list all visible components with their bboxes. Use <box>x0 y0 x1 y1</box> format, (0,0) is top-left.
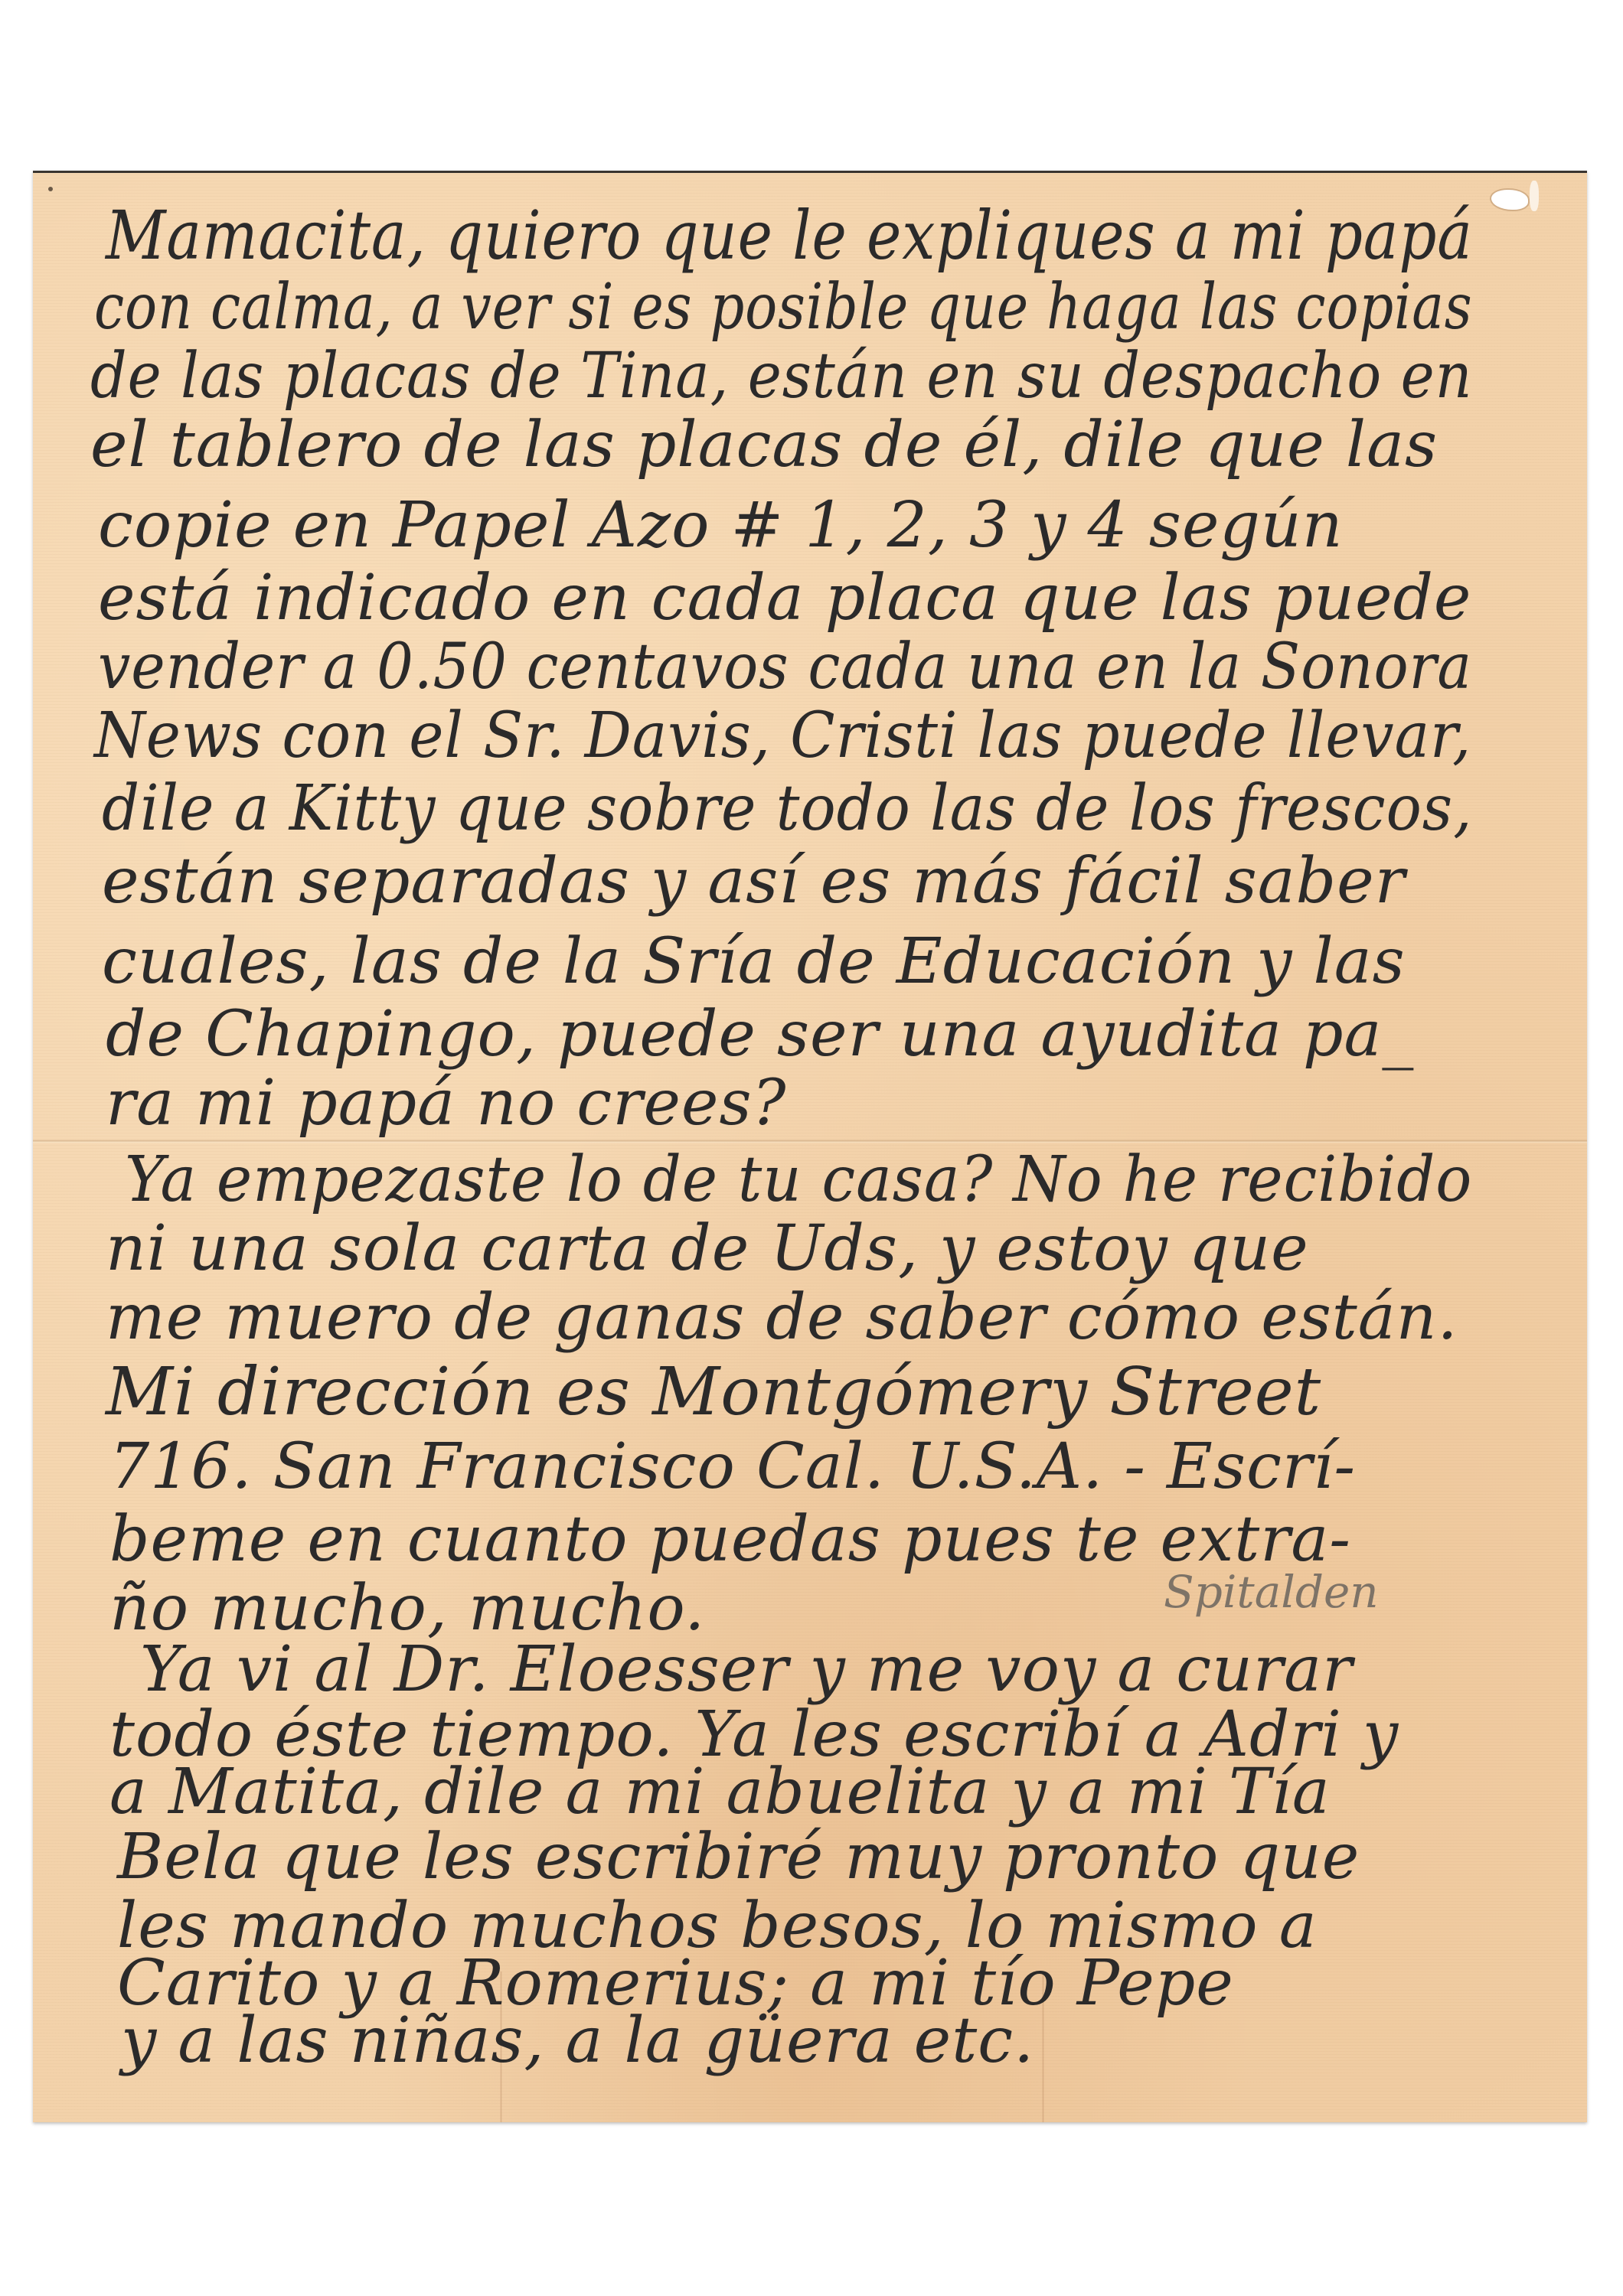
letter-line-24: Bela que les escribiré muy pronto que <box>117 1826 1360 1889</box>
letter-paper: Mamacita, quiero que le expliques a mi p… <box>33 171 1587 2122</box>
letter-line-12: de Chapingo, puede ser una ayudita pa_ <box>106 1003 1414 1066</box>
letter-line-8: News con el Sr. Davis, Cristi las puede … <box>94 705 1471 768</box>
letter-line-9: dile a Kitty que sobre todo las de los f… <box>102 778 1472 840</box>
pencil-annotation: Spitalden <box>1164 1566 1379 1618</box>
letter-line-6: está indicado en cada placa que las pued… <box>98 567 1471 630</box>
letter-line-5: copie en Papel Azo # 1, 2, 3 y 4 según <box>98 494 1344 557</box>
letter-line-11: cuales, las de la Sría de Educación y la… <box>102 931 1406 993</box>
letter-line-15: ni una sola carta de Uds, y estoy que <box>106 1218 1309 1280</box>
letter-line-14: Ya empezaste lo de tu casa? No he recibi… <box>125 1149 1472 1212</box>
letter-line-21: Ya vi al Dr. Eloesser y me voy a curar <box>140 1639 1353 1701</box>
paper-tear <box>1491 190 1528 210</box>
paper-tear-edge <box>1530 181 1539 211</box>
letter-line-3: de las placas de Tina, están en su despa… <box>90 345 1472 408</box>
letter-line-4: el tablero de las placas de él, dile que… <box>90 414 1438 477</box>
letter-line-23: a Matita, dile a mi abuelita y a mi Tía <box>109 1761 1331 1824</box>
letter-line-27: y a las niñas, a la güera etc. <box>121 2010 1034 2073</box>
letter-line-16: me muero de ganas de saber cómo están. <box>106 1287 1458 1349</box>
letter-line-19: beme en cuanto puedas pues te extra- <box>109 1508 1351 1571</box>
letter-line-7: vender a 0.50 centavos cada una en la So… <box>98 636 1472 699</box>
ink-speck <box>48 187 53 191</box>
letter-line-1: Mamacita, quiero que le expliques a mi p… <box>106 202 1473 269</box>
letter-line-13: ra mi papá no crees? <box>106 1072 787 1135</box>
letter-line-2: con calma, a ver si es posible que haga … <box>94 276 1473 339</box>
letter-line-10: están separadas y así es más fácil saber <box>102 850 1406 913</box>
letter-line-18: 716. San Francisco Cal. U.S.A. - Escrí- <box>109 1436 1356 1499</box>
letter-line-17: Mi dirección es Montgómery Street <box>106 1359 1321 1425</box>
letter-line-20: ño mucho, mucho. <box>109 1577 705 1640</box>
